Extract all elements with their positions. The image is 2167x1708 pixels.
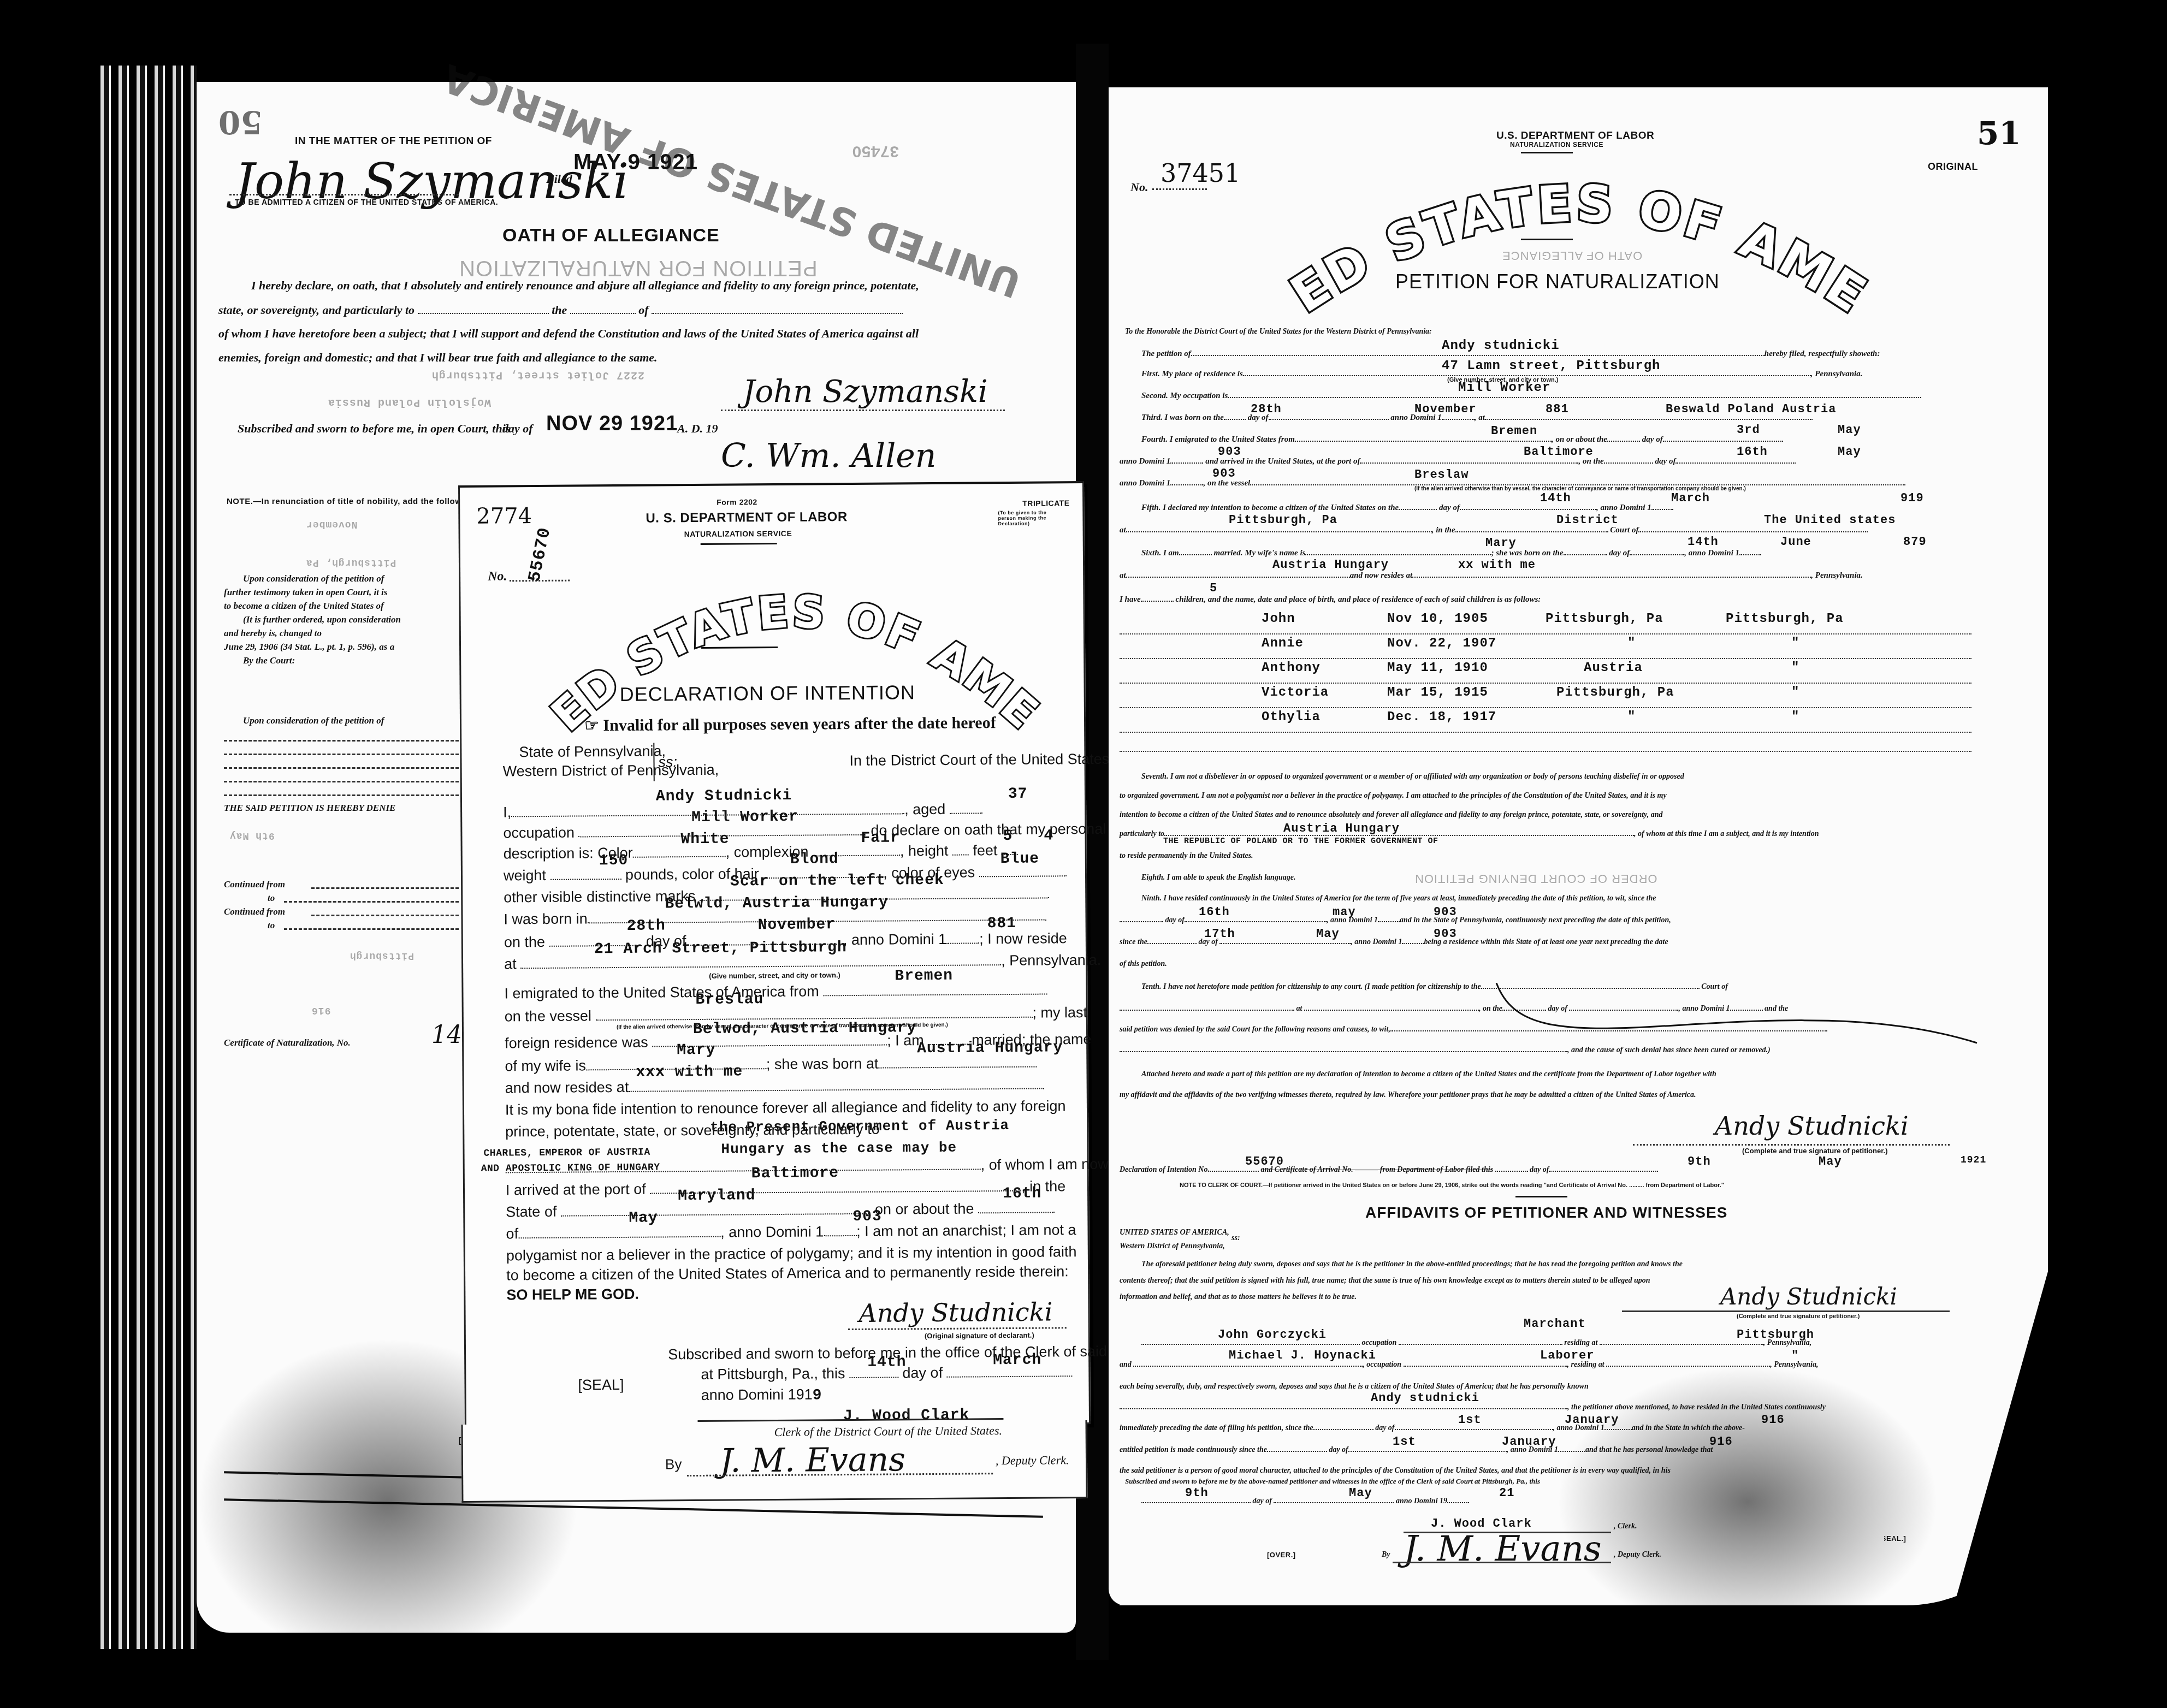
sworn-text: Subscribed and sworn to before me, in op…	[238, 422, 510, 436]
married-row: Sixth. I am married. My wife's name is; …	[1141, 549, 1761, 558]
witness-1-residence: Pittsburgh	[1737, 1328, 1814, 1342]
witness-2-occupation: Laborer	[1540, 1349, 1594, 1362]
denied-line: THE SAID PETITION IS HEREBY DENIE	[224, 803, 395, 814]
affidavit-petitioner-typed: Andy studnicki	[1371, 1391, 1479, 1405]
petitioner-signature: Andy Studnicki	[1715, 1111, 1909, 1141]
continued-to-1: to	[268, 893, 275, 904]
subscribed-month: May	[1349, 1486, 1372, 1500]
seventh-line-1: Seventh. I am not a disbeliever in or op…	[1141, 773, 1684, 781]
consideration-3: to become a citizen of the United States…	[224, 601, 384, 612]
court-type: District	[1556, 513, 1619, 527]
affidavit-venue-2: Western District of Pennsylvania,	[1120, 1242, 1225, 1251]
declarant-occupation: Mill Worker	[691, 809, 798, 826]
bleed-title: PETITION FOR NATURALIZATION	[459, 256, 818, 280]
bleed-date: 9th May	[229, 830, 275, 841]
wife-born-month: June	[1780, 535, 1811, 549]
subject-row: , of whom I am now a subject;	[506, 1155, 1176, 1177]
pointing-hand-icon: ☞	[584, 716, 599, 734]
oath-signature: John Szymanski	[743, 374, 988, 410]
declarant-signature: Andy Studnicki	[858, 1297, 1052, 1327]
emigration-row: Fourth. I emigrated to the United States…	[1141, 435, 1783, 444]
ninth-state-year: 903	[1434, 927, 1457, 941]
petitioner-birthplace: Beswald Poland Austria	[1666, 402, 1836, 416]
declaration-of-intention-card: 2774 Form 2202 U. S. DEPARTMENT OF LABOR…	[458, 481, 1091, 1428]
residence-hint: (Give number, street, and city or town.)	[709, 971, 840, 980]
wife-name: Mary	[677, 1042, 715, 1059]
declaration-ref-month: May	[1819, 1155, 1842, 1169]
petitioner-name: Andy studnicki	[1442, 339, 1560, 353]
arrival-year: 903	[1212, 467, 1236, 481]
admitted-caption: TO BE ADMITTED A CITIZEN OF THE UNITED S…	[235, 198, 498, 206]
vessel-name: Breslau	[695, 991, 763, 1009]
venue-ss: ss:	[658, 754, 677, 770]
note-nobility: NOTE.—In renunciation of title of nobili…	[227, 497, 475, 506]
polygamist-line: polygamist nor a believer in the practic…	[506, 1243, 1077, 1264]
venue-state: State of Pennsylvania,	[519, 743, 666, 761]
anno-domini-label: anno Domini 1919	[701, 1386, 822, 1405]
filed-label: Filed	[546, 172, 572, 186]
emigrated-from: Bremen	[895, 968, 953, 985]
continued-from-2: Continued from	[224, 906, 285, 917]
wife-born-year: 879	[1903, 535, 1927, 549]
emigrated-year: 903	[1218, 445, 1241, 459]
arrival-port: Baltimore	[1524, 445, 1594, 459]
consideration-2: further testimony taken in open Court, i…	[224, 587, 387, 598]
wife-birthplace: Austria Hungary	[1272, 558, 1389, 572]
declaration-ref-row: Declaration of Intention No. and Certifi…	[1120, 1166, 1658, 1175]
declarant-marks: Scar on the left cheek	[730, 872, 944, 891]
svg-text:UNITED STATES OF AMERICA: UNITED STATES OF AMERICA	[1251, 158, 1879, 325]
declarant-age: 37	[1008, 786, 1028, 803]
height-feet: 5	[1003, 828, 1013, 845]
consideration-6: June 29, 1906 (34 Stat. L., pt. 1, p. 59…	[224, 642, 394, 653]
table-row: Victoria Mar 15, 1915 Pittsburgh, Pa "	[1120, 685, 1971, 708]
affidavit-para-2: contents thereof; that the said petition…	[1120, 1277, 1650, 1285]
attached-line-2: my affidavit and the affidavits of the t…	[1120, 1091, 1696, 1100]
affidavit-venue-1: UNITED STATES OF AMERICA,	[1120, 1229, 1229, 1237]
declarant-birthplace: Belwld, Austria Hungary	[665, 894, 889, 913]
wife-resides-row: atand now resides at, Pennsylvania.	[1120, 571, 1863, 580]
state-row: State of , on or about the	[506, 1200, 1055, 1220]
continued-to-2: to	[268, 920, 275, 931]
affidavit-by-label: By	[1382, 1551, 1390, 1559]
affidavit-para-3: information and belief, and that as to t…	[1120, 1293, 1357, 1302]
declaration-department: U. S. DEPARTMENT OF LABOR	[646, 509, 848, 526]
clerk-signature: C. Wm. Allen	[721, 437, 936, 475]
table-row: Anthony May 11, 1910 Austria "	[1120, 661, 1971, 684]
petitioner-occupation: Mill Worker	[1458, 381, 1550, 395]
bleed-month: November	[306, 519, 357, 530]
occupation-row: occupation , do declare on oath that my …	[503, 821, 1106, 842]
sworn-month: March	[993, 1352, 1041, 1369]
service-label: NATURALIZATION SERVICE	[1510, 141, 1603, 149]
strike-through-curve	[1491, 983, 1982, 1048]
ninth-day: 16th	[1199, 905, 1230, 919]
eighth-line: Eighth. I am able to speak the English l…	[1141, 874, 1295, 882]
oath-paragraph-4: enemies, foreign and domestic; and that …	[218, 351, 658, 365]
oath-paragraph-1: I hereby declare, on oath, that I absolu…	[251, 278, 1070, 293]
affidavit-para-1: The aforesaid petitioner being duly swor…	[1141, 1260, 1683, 1269]
seventh-line-3: intention to become a citizen of the Uni…	[1120, 811, 1663, 820]
arrival-port: Baltimore	[751, 1165, 839, 1182]
subscribed-day: 9th	[1185, 1486, 1209, 1500]
table-row: John Nov 10, 1905 Pittsburgh, Pa Pittsbu…	[1120, 612, 1971, 634]
petitioner-residence: 47 Lamn street, Pittsburgh	[1442, 359, 1660, 373]
sworn-day: 14th	[867, 1354, 906, 1371]
height-inches: 4	[1044, 827, 1053, 844]
affidavit-petitioner-signature: Andy Studnicki	[1720, 1283, 1897, 1310]
wife-name: Mary	[1485, 536, 1517, 550]
sovereign-typed-2: Hungary as the case may be	[721, 1140, 957, 1158]
petition-number: 37451	[1161, 158, 1240, 188]
emigrated-from: Bremen	[1491, 424, 1537, 438]
emigrated-row: I emigrated to the United States of Amer…	[504, 982, 1047, 1003]
state-residence-month: January	[1502, 1435, 1556, 1449]
court-name: The United states	[1764, 513, 1896, 527]
emigrated-day: 3rd	[1737, 423, 1760, 437]
clerk-caption: Clerk of the District Court of the Unite…	[774, 1424, 1003, 1439]
declared-month: March	[1671, 491, 1710, 505]
wife-born-day: 14th	[1688, 535, 1719, 549]
children-count: 5	[1210, 582, 1217, 595]
declaration-serial: 2774	[476, 503, 532, 529]
declarant-color: White	[680, 831, 729, 849]
witness-1-occupation: Marchant	[1524, 1317, 1586, 1331]
ninth-state-month: May	[1316, 927, 1340, 941]
declared-court-row: at, in the Court of	[1120, 526, 1868, 535]
oath-title: OATH OF ALLEGIANCE	[502, 225, 720, 246]
attached-line-1: Attached hereto and made a part of this …	[1141, 1070, 1716, 1079]
affidavit-venue-ss: ss:	[1231, 1234, 1240, 1243]
affidavit-petitioner-caption: (Complete and true signature of petition…	[1737, 1313, 1860, 1320]
declarant-residence: 21 Arch Street, Pittsburgh	[594, 939, 847, 958]
affidavit-para-4: each being severally, duly, and respecti…	[1120, 1383, 1589, 1391]
ninth-line-3: since the day of , anno Domini 1being a …	[1120, 938, 1668, 947]
department-label: U.S. DEPARTMENT OF LABOR	[1496, 130, 1654, 142]
bleed-oath-title: OATH OF ALLEGIANCE	[1502, 248, 1642, 263]
declaration-ref-year: 1921	[1961, 1155, 1986, 1166]
declarant-hair: Blond	[790, 851, 839, 868]
ninth-year: 903	[1434, 905, 1457, 919]
deputy-caption: , Deputy Clerk.	[996, 1453, 1069, 1468]
oath-paragraph-3: of whom I have heretofore been a subject…	[218, 327, 1070, 341]
in-the-matter-label: IN THE MATTER OF THE PETITION OF	[295, 135, 492, 147]
arrival-state: Maryland	[678, 1187, 756, 1205]
foreign-residence: Belwod, Austria Hungary	[693, 1019, 917, 1038]
venue-district: Western District of Pennsylvania,	[503, 762, 719, 780]
affidavit-footer: Subscribed and sworn to before me by the…	[1120, 1474, 1884, 1605]
seventh-line-2: to organized government. I am not a poly…	[1120, 792, 1667, 800]
petitioner-birth-year: 881	[1546, 402, 1569, 416]
witness-2-name: Michael J. Hoynacki	[1229, 1349, 1376, 1362]
form-number-bleed: 37450	[852, 142, 899, 161]
court-address: To the Honorable the District Court of t…	[1125, 328, 1432, 336]
wife-residence: xxx with me	[636, 1063, 743, 1081]
triplicate-label: TRIPLICATE	[1022, 499, 1070, 508]
arrival-day: 16th	[1003, 1185, 1041, 1202]
petitioner-signature-caption: (Complete and true signature of petition…	[1742, 1147, 1888, 1155]
consideration-5: and hereby is, changed to	[224, 628, 322, 639]
page-number: 50	[218, 104, 263, 141]
declared-day: 14th	[1540, 491, 1571, 505]
description-row: description is: Color, complexion , heig…	[504, 842, 1019, 863]
seventh-sovereign: Austria Hungary	[1283, 822, 1400, 835]
table-row: Othylia Dec. 18, 1917 " "	[1120, 710, 1971, 733]
birth-year: 881	[987, 915, 1017, 932]
renounce-line-1: It is my bona fide intention to renounce…	[505, 1098, 1066, 1118]
ninth-state-day: 17th	[1204, 927, 1235, 941]
petition-number-label: No.	[1130, 180, 1148, 194]
emigrated-month: May	[1838, 423, 1861, 437]
wife-row: of my wife is; she was born at	[505, 1054, 1037, 1075]
table-row	[1120, 734, 1971, 752]
book-binding-edges	[93, 66, 197, 1649]
citizen-line: to become a citizen of the United States…	[506, 1263, 1069, 1284]
seventh-stamp: THE REPUBLIC OF POLAND OR TO THE FORMER …	[1163, 837, 1438, 846]
birth-day: 28th	[627, 917, 666, 934]
arrival-date-row: of, anno Domini 1; I am not an anarchist…	[506, 1221, 1076, 1242]
oath-paragraph-2: state, or sovereignty, and particularly …	[218, 303, 903, 317]
declaration-card-footer: Clerk of the District Court of the Unite…	[461, 1420, 1088, 1503]
seventh-line-5: to reside permanently in the United Stat…	[1120, 852, 1253, 861]
declaration-form: Form 2202	[717, 497, 757, 507]
ninth-line-4: of this petition.	[1120, 960, 1167, 969]
birth-month: November	[758, 916, 836, 934]
bleed-year: 916	[311, 1005, 330, 1016]
declaration-ref-number: 55670	[1245, 1155, 1284, 1169]
so-help-me-god: SO HELP ME GOD.	[506, 1286, 639, 1304]
declared-at: Pittsburgh, Pa	[1229, 513, 1337, 527]
sovereign-typed-1: the Present Government of Austria	[710, 1117, 1009, 1136]
certificate-label: Certificate of Naturalization, No.	[224, 1037, 351, 1048]
subscribed-year: 21	[1499, 1486, 1514, 1500]
note-to-clerk: NOTE TO CLERK OF COURT.—If petitioner ar…	[1180, 1182, 1724, 1189]
page-number: 51	[1977, 115, 2021, 152]
original-label: ORIGINAL	[1928, 161, 1978, 173]
declarant-eyes: Blue	[1000, 851, 1039, 868]
us-residence-day: 1st	[1458, 1413, 1482, 1427]
over-label: [OVER.]	[1267, 1551, 1296, 1559]
children-row: I have children, and the name, date and …	[1120, 595, 1541, 604]
continued-from-1: Continued from	[224, 879, 285, 890]
declarant-complexion: Fair	[861, 829, 899, 846]
affidavits-title: AFFIDAVITS OF PETITIONER AND WITNESSES	[1365, 1204, 1727, 1221]
state-residence-day: 1st	[1393, 1435, 1416, 1449]
invalid-notice: ☞ Invalid for all purposes seven years a…	[584, 713, 996, 735]
venue-court: In the District Court of the United Stat…	[849, 751, 1109, 769]
arrival-month: May	[629, 1210, 658, 1227]
ninth-month: may	[1333, 905, 1356, 919]
sovereign-stamp-1: CHARLES, EMPEROR OF AUSTRIA	[483, 1147, 650, 1159]
wife-resides-row: and now resides at	[505, 1076, 1044, 1097]
by-label: By	[665, 1456, 682, 1473]
sworn-stamp: NOV 29 1921	[546, 412, 678, 436]
bleed-birthplace: Wojslolin Poland Russia	[328, 396, 491, 408]
subscribed-line: Subscribed and sworn to before me in the…	[668, 1343, 1147, 1363]
consideration-4: (It is further ordered, upon considerati…	[243, 614, 401, 625]
wife-birthplace: Austria Hungary	[917, 1039, 1063, 1057]
witness-1-name: John Gorczycki	[1218, 1328, 1327, 1342]
subscribed-line: Subscribed and sworn to before me by the…	[1125, 1477, 1540, 1486]
arrival-month: May	[1838, 445, 1861, 459]
declaration-ref-day: 9th	[1688, 1155, 1711, 1169]
declarant-weight: 150	[599, 852, 629, 869]
triplicate-note: (To be given to the person making the De…	[998, 509, 1058, 526]
wife-residence: xx with me	[1458, 558, 1536, 572]
petitioner-birth-day: 28th	[1251, 402, 1282, 416]
seal-label: [SEAL]	[578, 1377, 624, 1394]
vessel-name: Breslaw	[1414, 468, 1469, 482]
bleed-city: Pittsburgh, Pa	[306, 557, 396, 568]
ninth-line-1: Ninth. I have resided continuously in th…	[1141, 894, 1656, 903]
by-the-court: By the Court:	[243, 655, 295, 666]
consideration-b: Upon consideration of the petition of	[243, 715, 384, 726]
witness-2-residence: "	[1791, 1349, 1799, 1362]
sworn-ad: A. D. 19	[677, 422, 718, 436]
declared-year: 919	[1900, 491, 1924, 505]
table-row: Annie Nov. 22, 1907 " "	[1120, 636, 1971, 659]
declared-row: Fifth. I declared my intention to become…	[1141, 503, 1673, 513]
declarant-signature-caption: (Original signature of declarant.)	[925, 1331, 1034, 1340]
arrival-day: 16th	[1737, 445, 1768, 459]
petition-title: PETITION FOR NATURALIZATION	[1395, 270, 1720, 293]
declaration-title: DECLARATION OF INTENTION	[620, 681, 916, 706]
declaration-service: NATURALIZATION SERVICE	[684, 529, 792, 538]
bleed-pittsburgh: Pittsburgh	[350, 950, 414, 961]
bleed-order: ORDER OF COURT DENYING PETITION	[1414, 871, 1657, 886]
bleed-address: 2227 Joliet street, Pittsburgh	[431, 369, 644, 381]
certificate-number: 14	[431, 1021, 462, 1049]
declarant-name: Andy Studnicki	[656, 787, 792, 805]
arrival-year: 903	[852, 1208, 882, 1225]
consideration-1: Upon consideration of the petition of	[243, 573, 384, 584]
declaration-number-label: No.	[488, 569, 507, 584]
petitioner-birth-month: November	[1414, 402, 1477, 416]
sworn-day-label: day of	[502, 422, 533, 436]
